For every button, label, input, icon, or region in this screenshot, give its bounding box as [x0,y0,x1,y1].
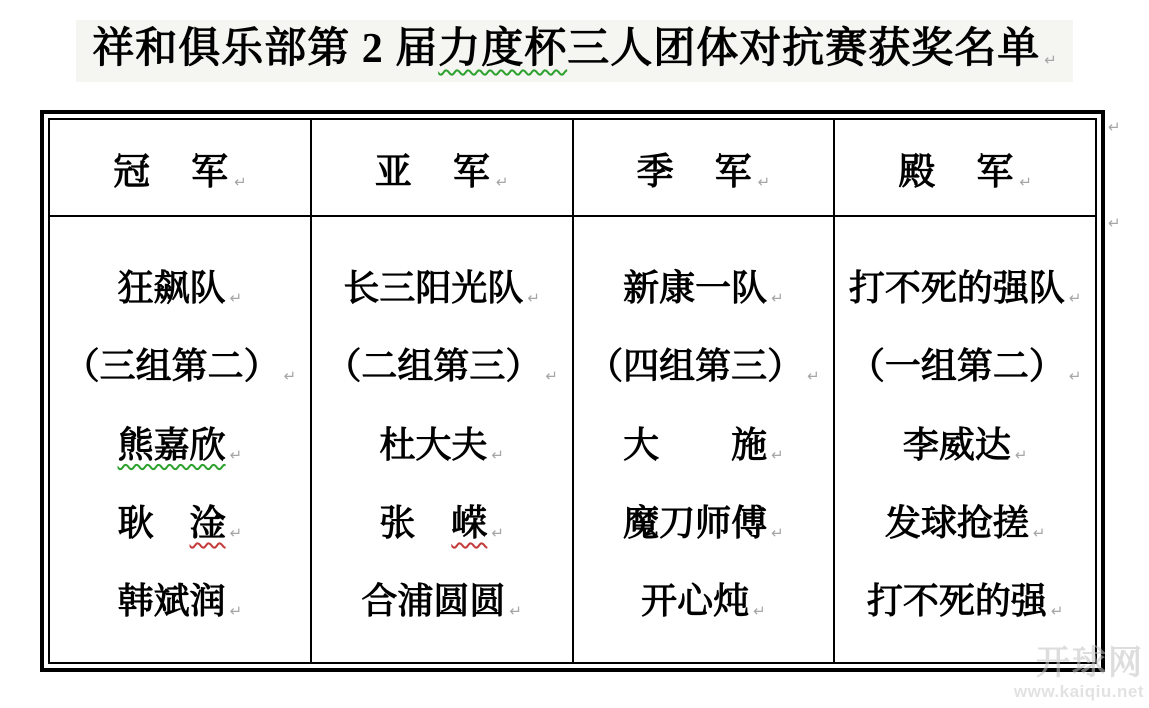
player-name-text: 李威达 [903,425,1011,465]
player-name: 发球抢搓↵ [885,504,1046,544]
paragraph-mark-icon: ↵ [491,446,504,464]
paragraph-mark-icon: ↵ [230,524,243,542]
title-text: 祥和俱乐部第 2 届 [92,26,438,72]
paragraph-mark-icon: ↵ [771,446,784,464]
awards-table: 冠 军↵ 亚 军↵ 季 军↵ 殿 军↵ 狂飙队↵ （三组第二）↵ 熊嘉欣↵ 耿 … [40,110,1105,672]
header-label: 殿 军 [898,152,1015,193]
paragraph-mark-icon: ↵ [527,289,540,307]
player-name: 魔刀师傅↵ [623,504,784,544]
group-result-text: （四组第三） [587,346,803,386]
column-header-third-place: 季 军↵ [573,119,835,216]
player-name: 杜大夫↵ [379,426,504,466]
body-row: 狂飙队↵ （三组第二）↵ 熊嘉欣↵ 耿 淦↵ 韩斌润↵ 长三阳光队↵ （二组第三… [49,216,1096,663]
player-name-text: 耿 [118,503,190,543]
page-title: 祥和俱乐部第 2 届力度杯三人团体对抗赛获奖名单↵ [76,20,1073,82]
watermark-site-url: www.kaiqiu.net [1014,683,1144,700]
player-name: 李威达↵ [903,426,1028,466]
player-name-text: 魔刀师傅 [623,503,767,543]
title-spellcheck-text: 力度杯 [438,26,567,72]
player-name-text: 大 施 [623,425,767,465]
player-name-text: 打不死的强 [867,581,1047,621]
paragraph-mark-icon: ↵ [491,524,504,542]
award-cell-third-place: 新康一队↵ （四组第三）↵ 大 施↵ 魔刀师傅↵ 开心炖↵ [573,216,835,663]
player-name-text: 熊嘉欣 [118,425,226,465]
paragraph-mark-icon: ↵ [753,602,766,620]
paragraph-mark-icon: ↵ [545,367,558,385]
paragraph-mark-icon: ↵ [1069,367,1082,385]
paragraph-mark-icon: ↵ [230,446,243,464]
paragraph-mark-icon: ↵ [1044,51,1057,69]
paragraph-mark-icon: ↵ [509,602,522,620]
column-header-champion: 冠 军↵ [49,119,311,216]
player-name-text: 合浦圆圆 [361,581,505,621]
team-name: 新康一队↵ [623,269,784,309]
team-name-text: 新康一队 [623,268,767,308]
column-header-runner-up: 亚 军↵ [311,119,573,216]
header-label: 冠 军 [113,152,230,193]
paragraph-mark-icon: ↵ [284,367,297,385]
group-result: （四组第三）↵ [587,347,820,387]
player-name-text: 嵘 [451,503,487,543]
player-name: 张 嵘↵ [379,504,504,544]
player-name: 打不死的强↵ [867,582,1064,622]
title-row: 祥和俱乐部第 2 届力度杯三人团体对抗赛获奖名单↵ [0,20,1149,82]
paragraph-mark-icon: ↵ [758,173,771,191]
paragraph-mark-icon: ↵ [230,289,243,307]
title-text: 三人团体对抗赛获奖名单 [567,26,1040,72]
award-cell-runner-up: 长三阳光队↵ （二组第三）↵ 杜大夫↵ 张 嵘↵ 合浦圆圆↵ [311,216,573,663]
group-result-text: （三组第二） [64,346,280,386]
team-name: 打不死的强队↵ [849,269,1082,309]
group-result-text: （一组第二） [849,346,1065,386]
group-result: （三组第二）↵ [64,347,297,387]
group-result-text: （二组第三） [325,346,541,386]
player-name: 熊嘉欣↵ [118,426,243,466]
paragraph-mark-icon: ↵ [230,602,243,620]
player-name: 大 施↵ [623,426,784,466]
row-end-mark-icon: ↵ [1108,118,1121,136]
player-name-text: 韩斌润 [118,581,226,621]
player-name: 合浦圆圆↵ [361,582,522,622]
paragraph-mark-icon: ↵ [771,524,784,542]
paragraph-mark-icon: ↵ [1019,173,1032,191]
paragraph-mark-icon: ↵ [807,367,820,385]
player-name-text: 杜大夫 [379,425,487,465]
paragraph-mark-icon: ↵ [1033,524,1046,542]
player-name-text: 发球抢搓 [885,503,1029,543]
column-header-fourth-place: 殿 军↵ [834,119,1096,216]
team-name-text: 长三阳光队 [343,268,523,308]
group-result: （二组第三）↵ [325,347,558,387]
player-name: 开心炖↵ [641,582,766,622]
row-end-mark-icon: ↵ [1108,214,1121,232]
team-name: 狂飙队↵ [118,269,243,309]
header-row: 冠 军↵ 亚 军↵ 季 军↵ 殿 军↵ [49,119,1096,216]
award-cell-champion: 狂飙队↵ （三组第二）↵ 熊嘉欣↵ 耿 淦↵ 韩斌润↵ [49,216,311,663]
team-name-text: 狂飙队 [118,268,226,308]
header-label: 亚 军 [375,152,492,193]
player-name-text: 淦 [190,503,226,543]
award-cell-fourth-place: 打不死的强队↵ （一组第二）↵ 李威达↵ 发球抢搓↵ 打不死的强↵ [834,216,1096,663]
paragraph-mark-icon: ↵ [234,173,247,191]
group-result: （一组第二）↵ [849,347,1082,387]
paragraph-mark-icon: ↵ [1069,289,1082,307]
player-name: 耿 淦↵ [118,504,243,544]
player-name: 韩斌润↵ [118,582,243,622]
player-name-text: 开心炖 [641,581,749,621]
paragraph-mark-icon: ↵ [496,173,509,191]
player-name-text: 张 [379,503,451,543]
header-label: 季 军 [637,152,754,193]
team-name: 长三阳光队↵ [343,269,540,309]
paragraph-mark-icon: ↵ [1051,602,1064,620]
awards-grid: 冠 军↵ 亚 军↵ 季 军↵ 殿 军↵ 狂飙队↵ （三组第二）↵ 熊嘉欣↵ 耿 … [48,118,1097,664]
team-name-text: 打不死的强队 [849,268,1065,308]
paragraph-mark-icon: ↵ [1015,446,1028,464]
paragraph-mark-icon: ↵ [771,289,784,307]
